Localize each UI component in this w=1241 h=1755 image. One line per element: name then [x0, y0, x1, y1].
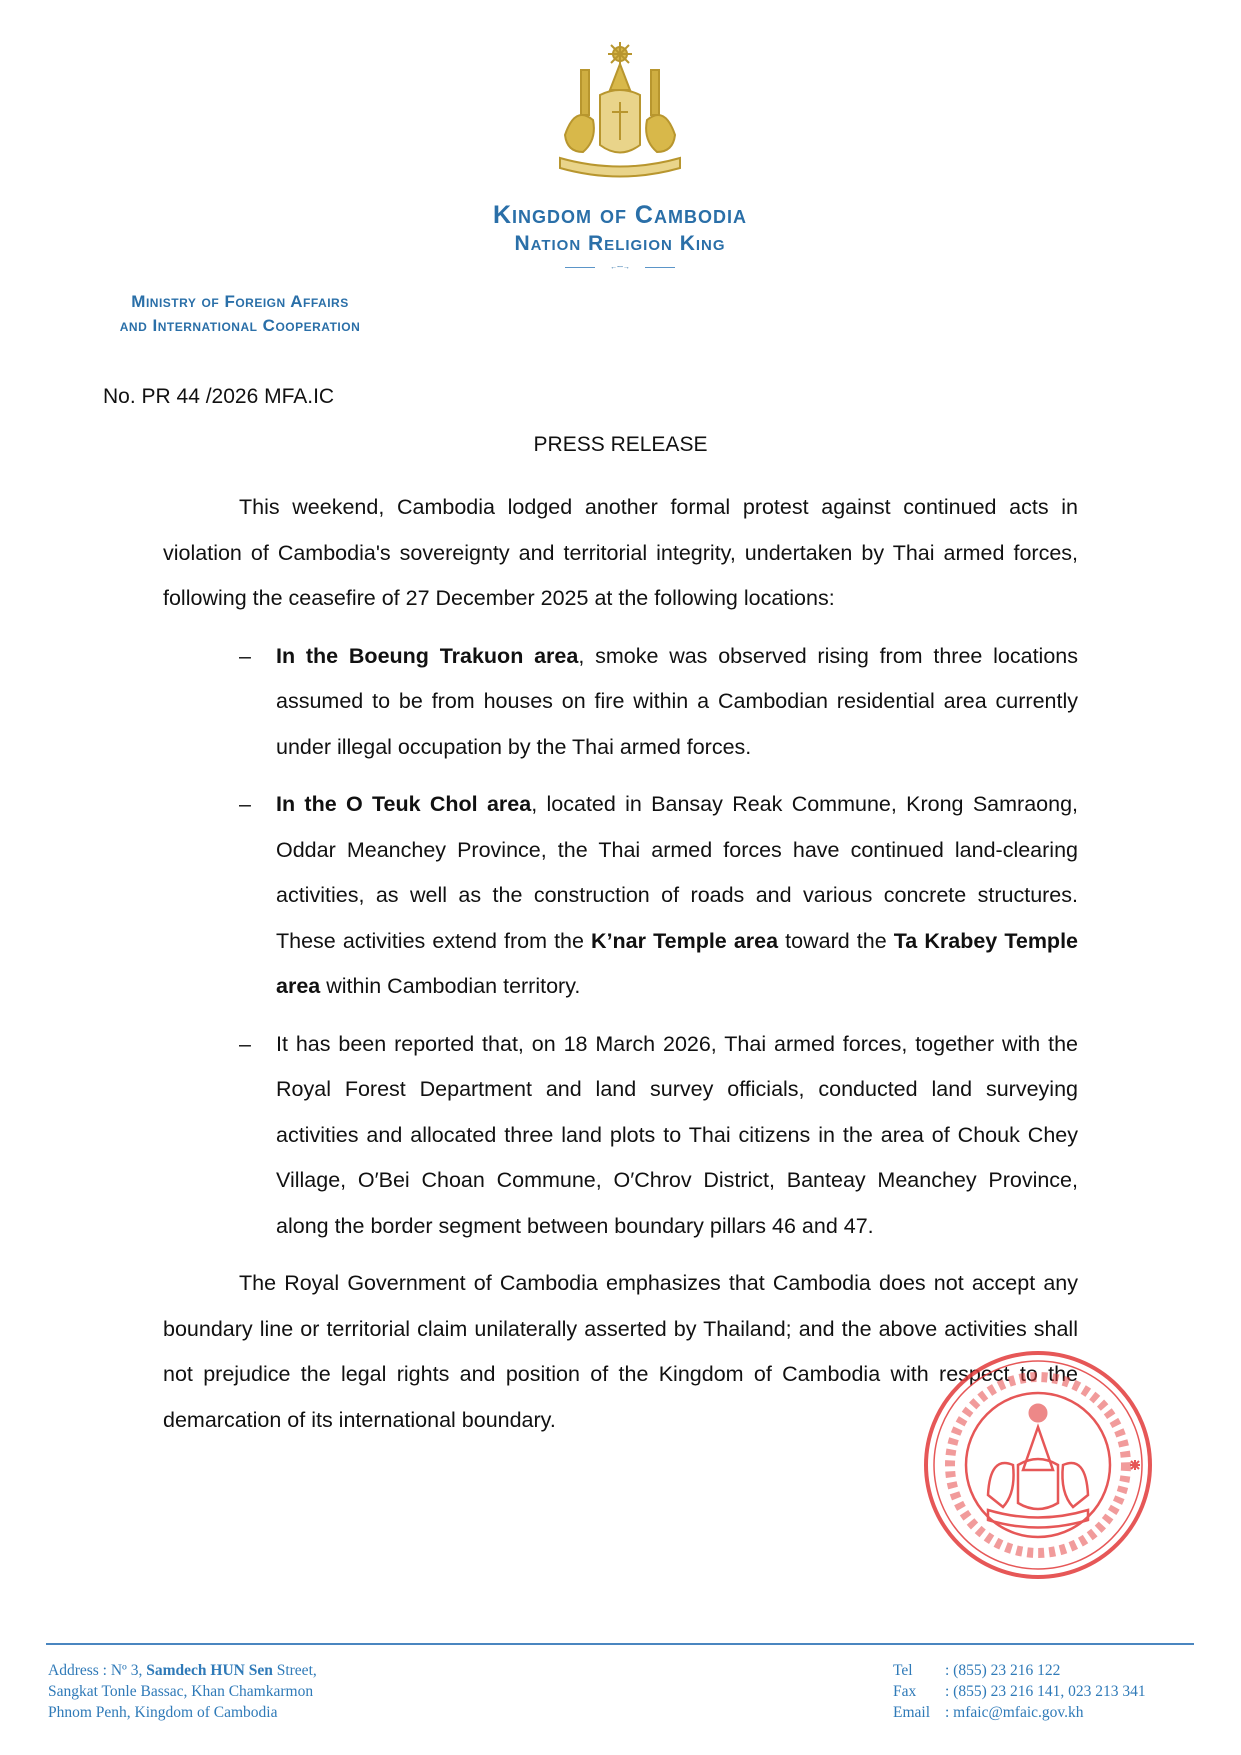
- letterhead: Kingdom of Cambodia Nation Religion King…: [400, 200, 840, 272]
- address-label: Address : Nº 3,: [48, 1662, 146, 1679]
- location-bold: K’nar Temple area: [591, 929, 778, 953]
- footer-address: Address : Nº 3, Samdech HUN Sen Street, …: [48, 1660, 317, 1723]
- address-line-2: Sangkat Tonle Bassac, Khan Chamkarmon: [48, 1681, 317, 1702]
- list-item: – It has been reported that, on 18 March…: [163, 1022, 1078, 1250]
- national-motto: Nation Religion King: [400, 230, 840, 258]
- list-item: –In the O Teuk Chol area, located in Ban…: [163, 782, 1078, 1010]
- bullet-dash: –: [239, 1022, 251, 1068]
- document-body: This weekend, Cambodia lodged another fo…: [163, 485, 1078, 1443]
- address-street-bold: Samdech HUN Sen: [146, 1662, 273, 1679]
- official-seal-icon: [918, 1345, 1158, 1585]
- list-item: –In the Boeung Trakuon area, smoke was o…: [163, 634, 1078, 771]
- ministry-line-2: and International Cooperation: [50, 314, 430, 338]
- bullet-dash: –: [239, 782, 251, 828]
- document-title: PRESS RELEASE: [0, 433, 1241, 457]
- tel-label: Tel: [893, 1660, 945, 1681]
- tel-value: : (855) 23 216 122: [945, 1662, 1060, 1679]
- royal-coat-of-arms-icon: [545, 40, 695, 190]
- address-line-3: Phnom Penh, Kingdom of Cambodia: [48, 1702, 317, 1723]
- tel-line: Tel: (855) 23 216 122: [893, 1660, 1146, 1681]
- email-label: Email: [893, 1702, 945, 1723]
- location-bold: In the Boeung Trakuon area: [276, 644, 578, 668]
- intro-paragraph: This weekend, Cambodia lodged another fo…: [163, 485, 1078, 622]
- address-street-rest: Street,: [273, 1662, 317, 1679]
- email-value[interactable]: : mfaic@mfaic.gov.kh: [945, 1704, 1084, 1721]
- location-bold: In the O Teuk Chol area: [276, 792, 531, 816]
- country-name: Kingdom of Cambodia: [400, 200, 840, 230]
- ornament-divider: ←∙∙∙→: [565, 264, 675, 272]
- address-line-1: Address : Nº 3, Samdech HUN Sen Street,: [48, 1660, 317, 1681]
- item-text: within Cambodian territory.: [320, 974, 580, 998]
- fax-value: : (855) 23 216 141, 023 213 341: [945, 1683, 1146, 1700]
- item-text: It has been reported that, on 18 March 2…: [276, 1032, 1078, 1238]
- item-text: toward the: [778, 929, 894, 953]
- footer-divider: [46, 1643, 1194, 1645]
- bullet-dash: –: [239, 634, 251, 680]
- ministry-line-1: Ministry of Foreign Affairs: [50, 290, 430, 314]
- ornament-glyph: ←∙∙∙→: [595, 264, 645, 271]
- fax-label: Fax: [893, 1681, 945, 1702]
- fax-line: Fax: (855) 23 216 141, 023 213 341: [893, 1681, 1146, 1702]
- ministry-name: Ministry of Foreign Affairs and Internat…: [50, 290, 430, 338]
- incident-list: –In the Boeung Trakuon area, smoke was o…: [163, 634, 1078, 1250]
- footer-contact: Tel: (855) 23 216 122 Fax: (855) 23 216 …: [893, 1660, 1146, 1723]
- reference-number: No. PR 44 /2026 MFA.IC: [103, 385, 334, 409]
- email-line: Email: mfaic@mfaic.gov.kh: [893, 1702, 1146, 1723]
